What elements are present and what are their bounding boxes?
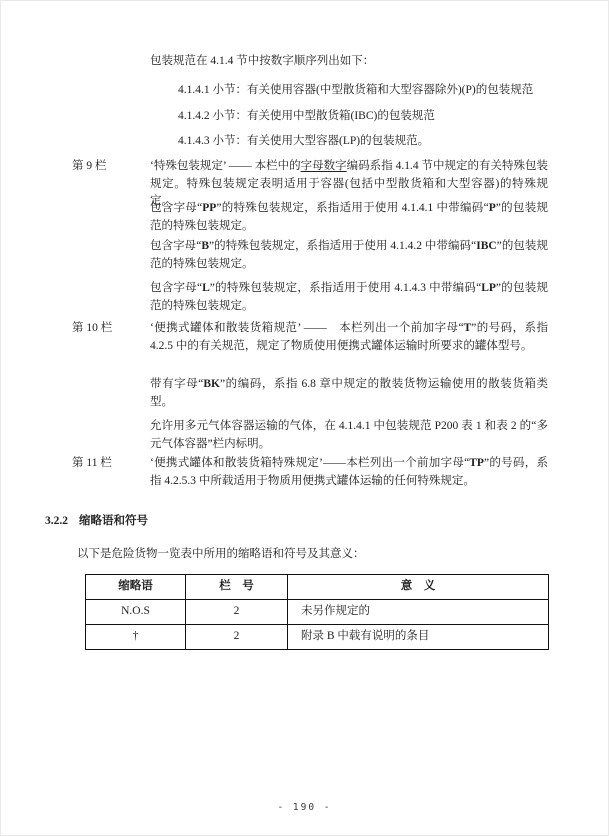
entry-label-column-11: 第 11 栏: [72, 455, 112, 473]
table-row: † 2 附录 B 中载有说明的条目: [86, 625, 549, 650]
entry-9-paragraph-2: 包含字母“PP”的特殊包装规定，系指适用于使用 4.1.4.1 中带编码“P”的…: [150, 200, 548, 235]
entry-10-paragraph-3: 允许用多元气体容器运输的气体，在 4.1.4.1 中包装规范 P200 表 1 …: [150, 418, 548, 453]
section-number: 3.2.2: [45, 515, 68, 527]
page-number: - 190 -: [0, 799, 609, 817]
subsection-item-4142: 4.1.4.2 小节：有关使用中型散货箱(IBC)的包装规范: [178, 108, 435, 126]
entry-10-paragraph-2: 带有字母“BK”的编码，系指 6.8 章中规定的散装货物运输使用的散装货箱类型。: [150, 376, 548, 411]
section-heading: 3.2.2缩略语和符号: [45, 513, 148, 531]
cell-abbreviation: †: [86, 625, 186, 650]
subsection-item-4141: 4.1.4.1 小节：有关使用容器(中型散货箱和大型容器除外)(P)的包装规范: [178, 82, 533, 100]
abbreviations-table: 缩略语 栏 号 意 义 N.O.S 2 未另作规定的 † 2 附录 B 中载有说…: [85, 574, 549, 650]
entry-11-paragraph-1: ‘便携式罐体和散装货箱特殊规定’——本栏列出一个前加字母“TP”的号码，系指 4…: [150, 455, 548, 490]
entry-10-paragraph-1: ‘便携式罐体和散装货箱规范’ —— 本栏列出一个前加字母“T”的号码，系指 4.…: [150, 320, 548, 355]
cell-meaning: 未另作规定的: [288, 600, 549, 625]
section-title: 缩略语和符号: [79, 515, 148, 527]
table-intro-paragraph: 以下是危险货物一览表中所用的缩略语和符号及其意义：: [77, 546, 365, 564]
cell-abbreviation: N.O.S: [86, 600, 186, 625]
table-header-row: 缩略语 栏 号 意 义: [86, 575, 549, 600]
table-row: N.O.S 2 未另作规定的: [86, 600, 549, 625]
table-header-abbreviation: 缩略语: [86, 575, 186, 600]
table-header-column-number: 栏 号: [186, 575, 288, 600]
table-header-meaning: 意 义: [288, 575, 549, 600]
entry-9-paragraph-4: 包含字母“L”的特殊包装规定，系指适用于使用 4.1.4.3 中带编码“LP”的…: [150, 280, 548, 315]
cell-column-number: 2: [186, 600, 288, 625]
entry-label-column-10: 第 10 栏: [72, 320, 112, 338]
entry-label-column-9: 第 9 栏: [72, 158, 107, 176]
subsection-item-4143: 4.1.4.3 小节：有关使用大型容器(LP)的包装规范。: [178, 133, 429, 151]
entry-9-paragraph-3: 包含字母“B”的特殊包装规定，系指适用于使用 4.1.4.2 中带编码“IBC”…: [150, 238, 548, 273]
intro-paragraph: 包装规范在 4.1.4 节中按数字顺序列出如下：: [150, 53, 374, 71]
cell-meaning: 附录 B 中载有说明的条目: [288, 625, 549, 650]
cell-column-number: 2: [186, 625, 288, 650]
document-page: 包装规范在 4.1.4 节中按数字顺序列出如下： 4.1.4.1 小节：有关使用…: [0, 0, 609, 836]
